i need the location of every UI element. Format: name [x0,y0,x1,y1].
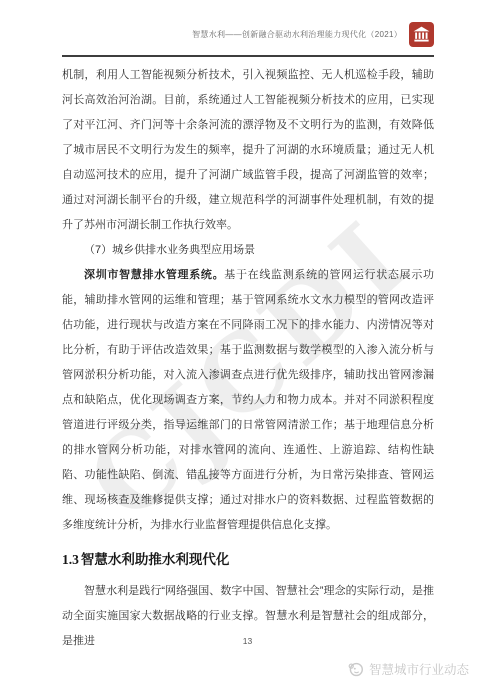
list-item-scene-7: （7）城乡供排水业务典型应用场景 [62,238,434,263]
section-heading: 1.3智慧水利助推水利现代化 [62,547,434,573]
header-title: 智慧水利——创新融合驱动水利治理能力现代化（2021） [192,29,402,40]
brand-face-icon [347,661,364,678]
page-header: 智慧水利——创新融合驱动水利治理能力现代化（2021） [62,22,434,47]
system-description: 基于在线监测系统的管网运行状态展示功能，辅助排水管网的运维和管理；基于管网系统水… [62,269,434,531]
paragraph-drainage-system: 深圳市智慧排水管理系统。基于在线监测系统的管网运行状态展示功能，辅助排水管网的运… [62,263,434,538]
paragraph-river-management: 机制，利用人工智能视频分析技术，引入视频监控、无人机巡检手段，辅助河长高效治河治… [62,63,434,238]
page-number: 13 [0,636,495,646]
document-body: 机制，利用人工智能视频分析技术，引入视频监控、无人机巡检手段，辅助河长高效治河治… [62,63,434,654]
document-page: 智慧水利——创新融合驱动水利治理能力现代化（2021） CJCDI 机制，利用人… [0,0,495,700]
institute-building-icon [409,22,434,47]
header-divider [62,55,434,57]
section-number: 1.3 [62,552,79,567]
footer-brand-label: 智慧城市行业动态 [369,660,469,678]
system-name-bold: 深圳市智慧排水管理系统。 [84,269,224,281]
section-title: 智慧水利助推水利现代化 [81,552,230,567]
footer-brand: 智慧城市行业动态 [347,660,469,678]
